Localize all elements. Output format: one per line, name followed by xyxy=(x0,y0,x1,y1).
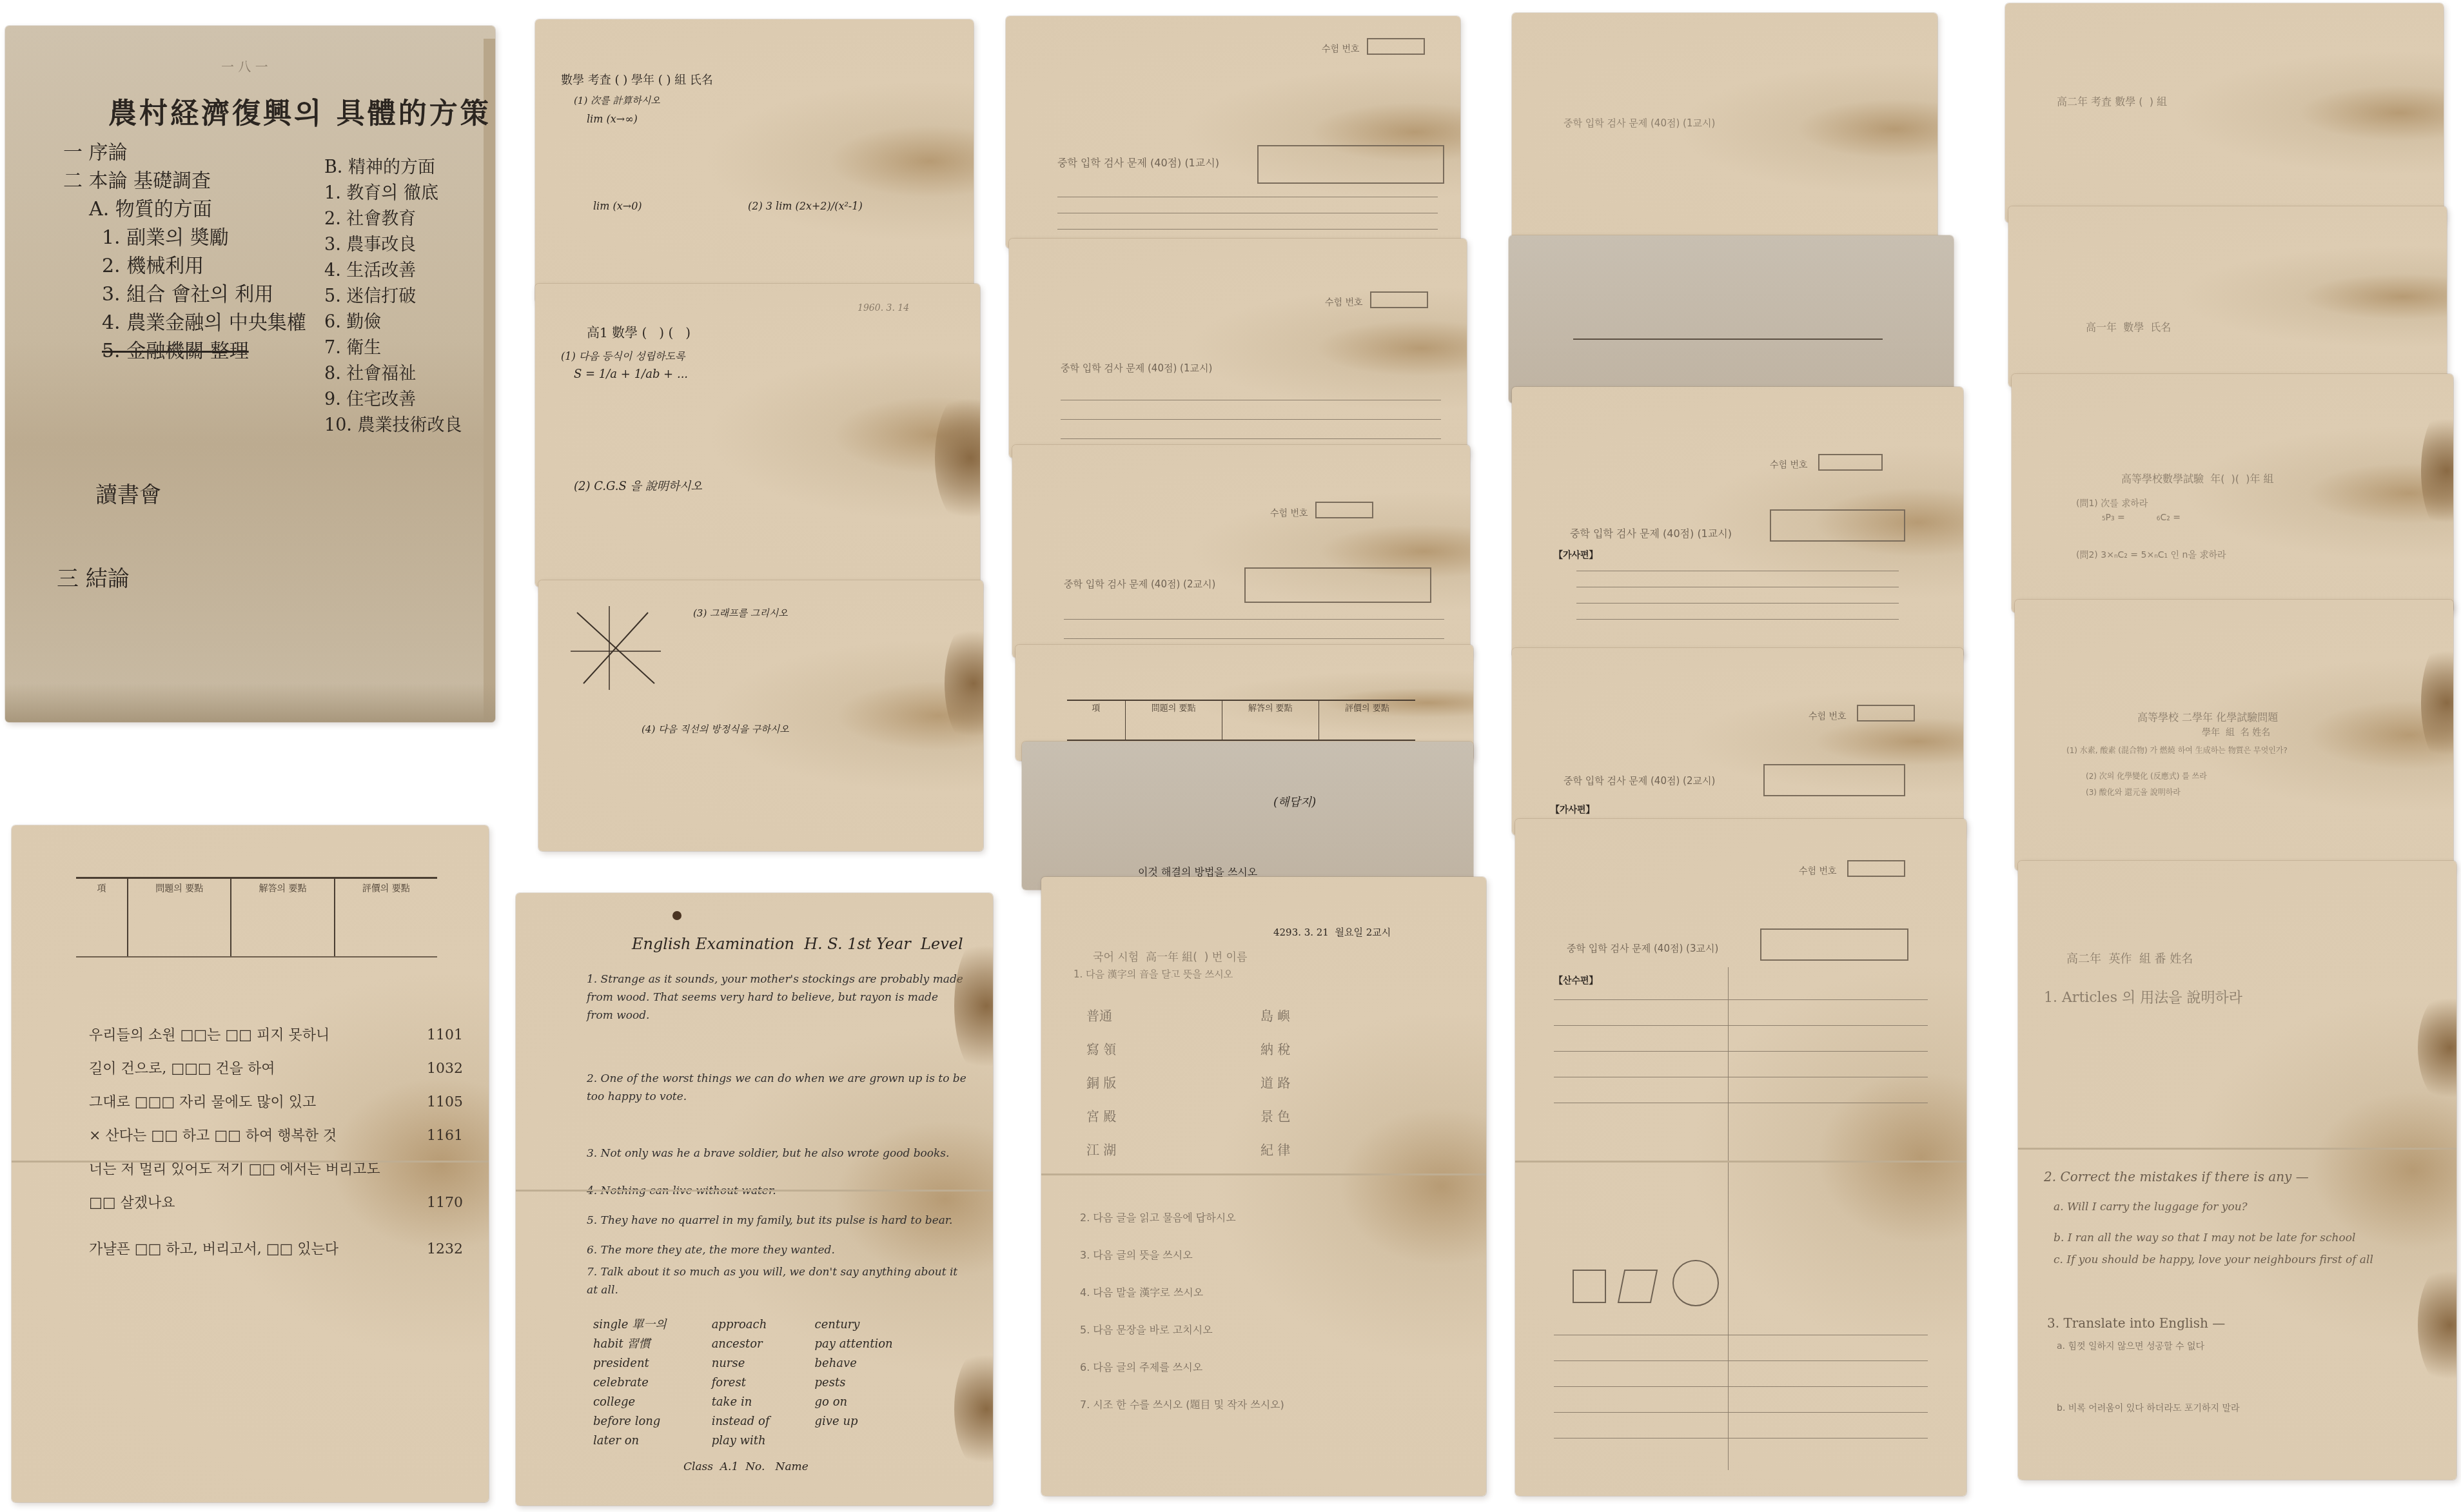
table-header: 問題의 要點 xyxy=(128,879,231,956)
form-title: 중학 입학 검사 문제 (40점) (1교시) xyxy=(1061,361,1212,375)
entrance-exam-form-e: 수험 번호 중학 입학 검사 문제 (40점) (3교시) 【산수편】 xyxy=(1515,819,1966,1496)
math-sheet-top: 高二年 考査 數學 ( ) 組 xyxy=(2005,3,2444,222)
exam-footer: Class A.1 No. Name xyxy=(683,1460,809,1473)
exam-title: English Examination H. S. 1st Year Level xyxy=(632,935,963,953)
workbook-line: × 산다는 □□ 하고 □□ 하여 행복한 것1161 xyxy=(89,1119,463,1153)
entrance-exam-form-1: 수험 번호 중학 입학 검사 문제 (40점) (1교시) xyxy=(1006,16,1460,248)
workbook-line: □□ 살겠나요1170 xyxy=(89,1186,463,1220)
outline-item: 5. 金融機關 整理 xyxy=(63,337,306,366)
form-title: 중학 입학 검사 문제 (40점) (1교시) xyxy=(1057,155,1219,170)
sheet-line: (2) 3 lim (2x+2)/(x²-1) xyxy=(748,200,863,212)
translate-items: a. 힘껏 일하지 않으면 성공할 수 없다 b. 비록 어려움이 있다 하더라… xyxy=(2057,1338,2239,1417)
sheet-line: (問2) 3×ₙC₂ = 5×ₙC₁ 인 n을 求하라 xyxy=(2076,548,2226,561)
score-box xyxy=(1257,145,1444,184)
table-header: 解答의 要點 xyxy=(231,879,335,956)
workbook-line: 우리들의 소원 □□는 □□ 피지 못하니1101 xyxy=(89,1019,463,1052)
quiz-lower-lines: 2. 다음 글을 읽고 물음에 답하시오 3. 다음 글의 뜻을 쓰시오 4. … xyxy=(1080,1199,1284,1424)
sheet-header: 高一年 數學 氏名 xyxy=(2086,319,2171,334)
outline-item: 2. 機械利用 xyxy=(63,252,306,280)
sheet-line: (3) 酸化와 還元을 說明하라 xyxy=(2086,787,2181,798)
workbook-lines: 우리들의 소원 □□는 □□ 피지 못하니1101 길이 건으로, □□□ 건을… xyxy=(89,1019,463,1266)
exam-number-label: 수험 번호 xyxy=(1809,709,1847,722)
exam-question: 2. One of the worst things we can do whe… xyxy=(587,1070,967,1106)
hanja-items-left: 普通 寫 領 銅 版 宮 殿 江 湖 xyxy=(1086,999,1116,1167)
exam-question: 3. Not only was he a brave soldier, but … xyxy=(587,1144,967,1163)
korean-workbook-sheet: 項 問題의 要點 解答의 要點 評價의 要點 우리들의 소원 □□는 □□ 피지… xyxy=(12,825,489,1502)
top-mark: 一 八 一 xyxy=(221,57,268,75)
exam-number-label: 수험 번호 xyxy=(1270,506,1308,519)
entrance-exam-form-c: 수험 번호 중학 입학 검사 문제 (40점) (1교시) 【가사편】 xyxy=(1512,387,1963,658)
form-title: 중학 입학 검사 문제 (40점) (1교시) xyxy=(1570,525,1732,540)
grid-table: 項 問題의 要點 解答의 要點 評價의 要點 xyxy=(1067,700,1415,741)
outline-item: 3. 組合 會社의 利用 xyxy=(63,280,306,309)
sheet-line: (1) 次를 計算하시오 xyxy=(574,93,660,107)
outline-item: 6. 勤儉 xyxy=(324,309,462,335)
sheet-line: (4) 다음 직선의 방정식을 구하시오 xyxy=(642,722,789,736)
form-title: 중학 입학 검사 문제 (40점) (2교시) xyxy=(1064,577,1215,591)
outline-right: B. 精神的方面 1. 教育의 徹底 2. 社會教育 3. 農事改良 4. 生活… xyxy=(324,155,462,438)
sheet-line: ₅P₃ = ₆C₂ = xyxy=(2102,513,2181,523)
exam-question: 1. Strange as it sounds, your mother's s… xyxy=(587,970,967,1025)
math-permutation-sheet: 高等學校數學試驗 年( )( )年 組 (問1) 次를 求하라 ₅P₃ = ₆C… xyxy=(2012,374,2453,613)
entrance-exam-form-d: 수험 번호 중학 입학 검사 문제 (40점) (2교시) 【가사편】 xyxy=(1512,648,1963,835)
hanja-items-right: 島 嶼 納 稅 道 路 景 色 紀 律 xyxy=(1260,999,1290,1167)
score-box xyxy=(1760,928,1908,961)
exam-number-label: 수험 번호 xyxy=(1325,295,1363,308)
entrance-exam-form-b xyxy=(1509,235,1954,403)
workbook-line: 너는 저 멀리 있어도 저기 □□ 에서는 버리고도 xyxy=(89,1153,463,1186)
exam-question: 5. They have no quarrel in my family, bu… xyxy=(587,1212,967,1230)
quiz-date: 4293. 3. 21 월요일 2교시 xyxy=(1273,925,1391,939)
section-label: 【가사편】 xyxy=(1551,803,1595,816)
exam-number-label: 수험 번호 xyxy=(1322,42,1360,55)
workbook-line: 그대로 □□□ 자리 물에도 많이 있고1105 xyxy=(89,1086,463,1119)
sheet-header: 高等學校數學試驗 年( )( )年 組 xyxy=(2121,471,2274,486)
sheet-line: lim (x→∞) xyxy=(587,113,638,125)
grey-answer-sheet: (해답지) 이것 해결의 방법을 쓰시오 xyxy=(1022,741,1473,890)
outline-item: 7. 衛生 xyxy=(324,335,462,361)
sheet-line: (1) 다음 등식이 성립하도록 xyxy=(561,348,685,363)
math-graph-sheet: (3) 그래프를 그리시오 (4) 다음 직선의 방정식을 구하시오 xyxy=(538,580,983,851)
score-box xyxy=(1770,509,1905,542)
sheet-header: 高二年 英作 組 番 姓名 xyxy=(2066,950,2193,967)
form-title: 중학 입학 검사 문제 (40점) (1교시) xyxy=(1564,116,1715,130)
outline-item: 1. 副業의 奬勵 xyxy=(63,224,306,252)
handwritten-notebook: 一 八 一 農村経濟復興의 具體的方策 一 序論 二 本論 基礎調査 A. 物質… xyxy=(5,26,495,722)
sheet-header: 高等學校 二學年 化學試驗問題 xyxy=(2137,709,2278,724)
notebook-conclusion: 三 結論 xyxy=(57,561,130,593)
section-correct: 2. Correct the mistakes if there is any … xyxy=(2044,1169,2309,1184)
exam-question: 6. The more they ate, the more they want… xyxy=(587,1241,967,1259)
exam-number-label: 수험 번호 xyxy=(1770,458,1808,471)
sheet-line: (2) 次의 化學變化 (反應式) 를 쓰라 xyxy=(2086,771,2207,781)
workbook-table: 項 問題의 要點 解答의 要點 評價의 要點 xyxy=(76,877,437,957)
exam-number-label: 수험 번호 xyxy=(1799,864,1837,877)
section-label: 【가사편】 xyxy=(1554,548,1598,561)
sheet-line: lim (x→0) xyxy=(593,200,642,212)
form-title: 중학 입학 검사 문제 (40점) (3교시) xyxy=(1567,941,1718,955)
hanja-quiz-sheet: 4293. 3. 21 월요일 2교시 국어 시험 高一年 組( ) 번 이름 … xyxy=(1041,877,1486,1496)
sheet-header: 數學 考査 ( ) 學年 ( ) 組 氏名 xyxy=(561,71,713,88)
outline-item: 5. 迷信打破 xyxy=(324,284,462,309)
math-exam-sheet-2: 高1 數學 ( ) ( ) 1960. 3. 14 (1) 다음 등식이 성립하… xyxy=(535,284,980,587)
sheet-line: S = 1/a + 1/ab + ... xyxy=(574,368,688,381)
table-header: 評價의 要點 xyxy=(335,879,437,956)
section-label: 【산수편】 xyxy=(1554,974,1598,987)
vocab-list: single 單一의 habit 習慣 president celebrate … xyxy=(593,1315,893,1451)
vocab-column: century pay attention behave pests go on… xyxy=(815,1315,893,1451)
form-title: 중학 입학 검사 문제 (40점) (2교시) xyxy=(1564,774,1715,787)
workbook-line: 가냘픈 □□ 하고, 버리고서, □□ 있는다1232 xyxy=(89,1233,463,1266)
outline-item: 1. 教育의 徹底 xyxy=(324,181,462,206)
outline-item: B. 精神的方面 xyxy=(324,155,462,181)
vocab-column: approach ancestor nurse forest take in i… xyxy=(712,1315,770,1451)
section-articles: 1. Articles 의 用法을 說明하라 xyxy=(2044,987,2242,1006)
entrance-exam-form-a: 중학 입학 검사 문제 (40점) (1교시) xyxy=(1512,13,1937,245)
sheet-line: (問1) 次를 求하라 xyxy=(2076,496,2148,509)
sheet-line: (2) C.G.S 을 說明하시오 xyxy=(574,477,702,494)
geometry-figures-icon xyxy=(1567,1244,1721,1322)
outline-item: 3. 農事改良 xyxy=(324,232,462,258)
table-header: 項 xyxy=(76,879,128,956)
outline-item: 2. 社會教育 xyxy=(324,206,462,232)
exam-question: 7. Talk about it so much as you will, we… xyxy=(587,1263,967,1299)
exam-questions: 1. Strange as it sounds, your mother's s… xyxy=(587,970,967,1299)
outline-left: 一 序論 二 本論 基礎調査 A. 物質的方面 1. 副業의 奬勵 2. 機械利… xyxy=(63,139,306,366)
sheet-line: (1) 水素, 酸素 (混合物) 가 燃燒 하여 生成하는 物質은 무엇인가? xyxy=(2066,745,2288,756)
sheet-header: 高1 數學 ( ) ( ) xyxy=(587,322,691,341)
english-composition-sheet: 高二年 英作 組 番 姓名 1. Articles 의 用法을 說明하라 2. … xyxy=(2018,861,2456,1480)
quiz-header: 국어 시험 高一年 組( ) 번 이름 xyxy=(1093,948,1247,964)
notebook-mid-note: 讀書會 xyxy=(95,477,161,509)
score-box xyxy=(1763,764,1905,796)
quiz-instruction: 1. 다음 漢字의 音을 달고 뜻을 쓰시오 xyxy=(1074,967,1233,981)
outline-item: 4. 農業金融의 中央集權 xyxy=(63,309,306,337)
entrance-exam-form-2: 수험 번호 중학 입학 검사 문제 (40점) (1교시) xyxy=(1009,239,1467,458)
vocab-column: single 單一의 habit 習慣 president celebrate … xyxy=(593,1315,667,1451)
entrance-exam-form-3: 수험 번호 중학 입학 검사 문제 (40점) (2교시) xyxy=(1012,445,1470,658)
outline-item: 一 序論 xyxy=(63,139,306,167)
outline-item: A. 物質的方面 xyxy=(63,195,306,224)
workbook-line: 길이 건으로, □□□ 건을 하여1032 xyxy=(89,1052,463,1086)
outline-item: 4. 生活改善 xyxy=(324,258,462,284)
outline-item: 10. 農業技術改良 xyxy=(324,413,462,438)
outline-item: 8. 社會福祉 xyxy=(324,361,462,387)
correct-items: a. Will I carry the luggage for you? b. … xyxy=(2054,1196,2415,1271)
graph-sketch-icon xyxy=(571,606,661,690)
sheet-line: (3) 그래프를 그리시오 xyxy=(693,606,788,620)
math-sheet-second: 高一年 數學 氏名 xyxy=(2008,206,2447,387)
english-examination-sheet: English Examination H. S. 1st Year Level… xyxy=(516,893,993,1506)
sheet-note: (해답지) xyxy=(1273,793,1316,810)
score-box xyxy=(1244,567,1431,603)
notebook-title: 農村経濟復興의 具體的方策 xyxy=(108,90,491,132)
date-note: 1960. 3. 14 xyxy=(858,303,909,313)
outline-item: 9. 住宅改善 xyxy=(324,387,462,413)
math-exam-sheet: 數學 考査 ( ) 學年 ( ) 組 氏名 (1) 次를 計算하시오 lim (… xyxy=(535,19,974,303)
chemistry-exam-sheet: 高等學校 二學年 化學試驗問題 學年 組 名 姓名 (1) 水素, 酸素 (混合… xyxy=(2015,600,2453,870)
section-translate: 3. Translate into English — xyxy=(2047,1315,2225,1331)
outline-item: 二 本論 基礎調査 xyxy=(63,167,306,195)
sheet-subheader: 學年 組 名 姓名 xyxy=(2202,725,2270,738)
sheet-header: 高二年 考査 數學 ( ) 組 xyxy=(2057,93,2167,108)
